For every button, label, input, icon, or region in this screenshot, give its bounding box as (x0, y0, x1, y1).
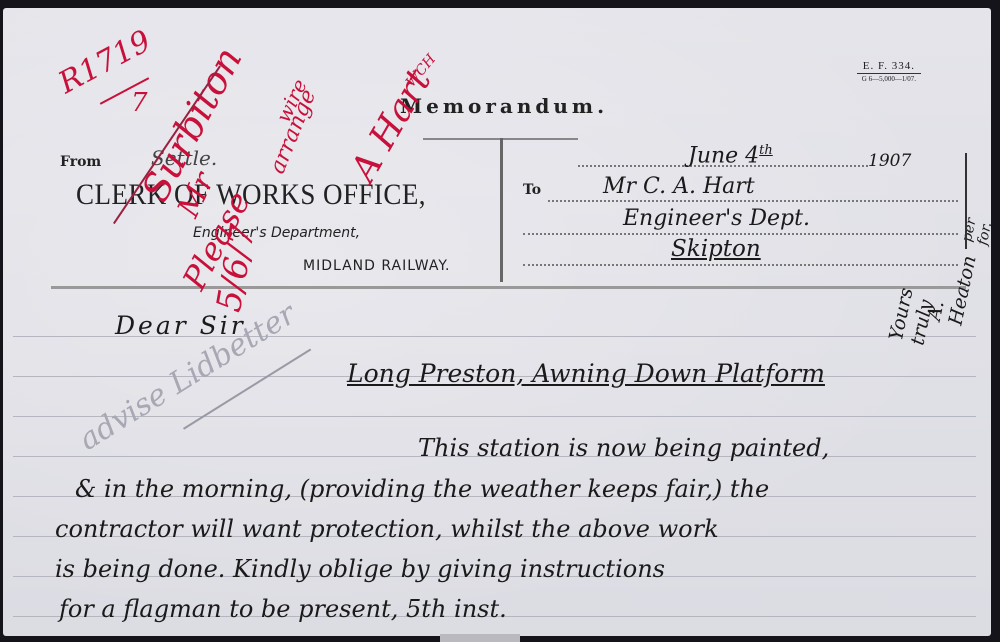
red-reference-sub: 7 (131, 88, 148, 118)
to-label: To (523, 182, 541, 198)
body-line: is being done. Kindly oblige by giving i… (55, 555, 665, 583)
memorandum-paper: E. F. 334. G 6—5,000—1/07. Memorandum. F… (3, 8, 991, 636)
recipient-department: Engineer's Dept. (623, 206, 810, 231)
date-ordinal: th (759, 143, 773, 158)
subject-line: Long Preston, Awning Down Platform (347, 359, 825, 388)
form-number: E. F. 334. (857, 60, 921, 74)
header-vertical-divider (500, 138, 503, 282)
header-rule (51, 286, 966, 289)
body-line: contractor will want protection, whilst … (55, 515, 719, 543)
date-month-day: June 4 (688, 143, 759, 168)
recipient-name: Mr C. A. Hart (603, 174, 755, 199)
date-handwritten: June 4th (688, 143, 773, 168)
red-signature: A Hart (343, 62, 439, 188)
signoff-per: per for. (959, 217, 991, 247)
from-label: From (60, 154, 101, 170)
red-arrange: arrange (265, 86, 321, 177)
form-number-block: E. F. 334. G 6—5,000—1/07. (857, 60, 921, 83)
recipient-place: Skipton (671, 236, 761, 262)
company-name: MIDLAND RAILWAY. (303, 258, 451, 274)
scan-mount-tab (440, 634, 520, 642)
body-line: This station is now being painted, (418, 434, 829, 462)
memorandum-title: Memorandum. (400, 94, 608, 118)
print-code: G 6—5,000—1/07. (857, 75, 921, 83)
body-line: for a flagman to be present, 5th inst. (59, 595, 507, 623)
signoff-underline (965, 153, 967, 249)
body-line: & in the morning, (providing the weather… (75, 475, 769, 503)
